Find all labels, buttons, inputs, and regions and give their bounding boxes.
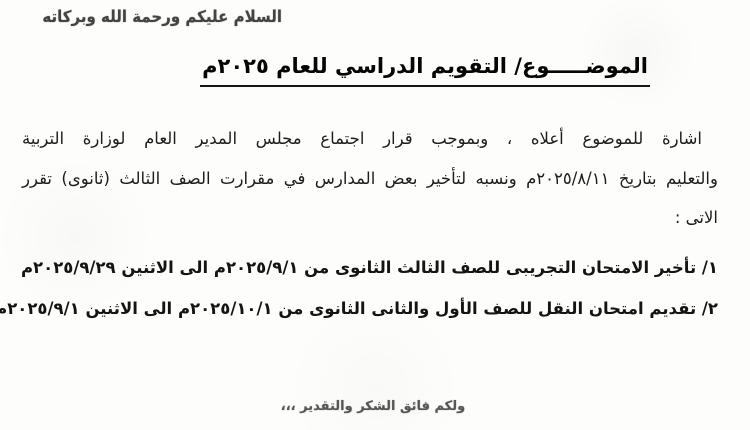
body-paragraph-line-2: والتعليم بتاريخ ٢٠٢٥/٨/١١م ونسبه لتأخير … [22,166,718,192]
letterhead-calligraphy: السلام عليكم ورحمة الله وبركاته [92,0,282,37]
subject-line-wrap: الموضـــــوع/ التقويم الدراسي للعام ٢٠٢٥… [200,54,650,87]
numbered-item-1: ١/ تأخير الامتحان التجريبى للصف الثالث ا… [21,258,718,277]
body-paragraph-line-3: الاتى : [22,205,718,231]
body-paragraph-line-1: اشارة للموضوع أعلاه ، وبموجب قرار اجتماع… [22,126,718,152]
closing-calligraphy: ولكم فائق الشكر والتقدير ،،، [238,399,508,414]
scanned-memo-page: السلام عليكم ورحمة الله وبركاته الموضـــ… [0,0,750,430]
numbered-item-2: ٢/ تقديم امتحان النقل للصف الأول والثانى… [0,299,718,318]
subject-line: الموضـــــوع/ التقويم الدراسي للعام ٢٠٢٥… [200,54,650,87]
